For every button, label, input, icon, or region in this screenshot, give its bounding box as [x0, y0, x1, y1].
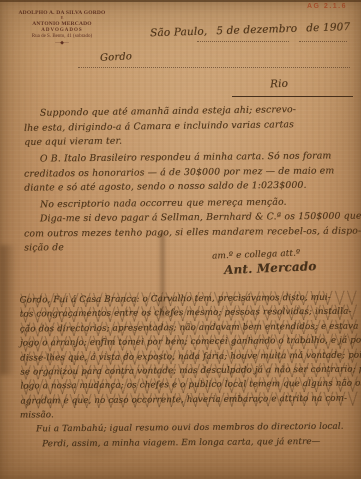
letterhead: ADOLPHO A. DA SILVA GORDO E ANTONIO MERC… [14, 10, 110, 46]
destination-underline [232, 95, 353, 97]
salutation: Gordo [100, 51, 133, 64]
signature: Ant. Mercado [224, 259, 317, 277]
dateline: São Paulo, 5 de dezembro de 1907 [150, 21, 356, 39]
handwritten-line: Perdi, assim, a minha viagem. Em longa c… [42, 434, 358, 451]
scan-top-edge [0, 0, 361, 2]
letter-scan: AG 2.1.6 ADOLPHO A. DA SILVA GORDO E ANT… [0, 0, 361, 479]
dateline-daymonth: 5 de dezembro [216, 23, 297, 38]
letter-paragraph-4: Diga-me si devo pagar á Sellman, Bernhar… [24, 210, 361, 257]
archive-stamp: AG 2.1.6 [307, 3, 347, 10]
dateline-year: de 1907 [306, 21, 350, 34]
letterhead-ornament: —◆— [14, 41, 110, 46]
draft-reply-struck-lines: Gordo, Fui á Casa Branca: o Carvalho tem… [20, 291, 359, 409]
form-dotted-line [197, 40, 289, 42]
handwritten-line: diante e só até agosto, sendo o nosso sa… [24, 179, 334, 197]
destination: Rio [270, 78, 288, 91]
paper-stain-left [0, 245, 16, 375]
form-dotted-line [78, 66, 350, 68]
letterhead-address: Rua de S. Bento, 41 (sobrado) [14, 34, 110, 40]
dateline-city: São Paulo, [150, 25, 208, 39]
letter-paragraph-1: Suppondo que até amanhã ainda esteja ahi… [24, 103, 297, 151]
draft-reply-final-lines: missão.Fui a Tambahú; igual resumo ouvi … [20, 406, 358, 452]
letter-paragraph-2: O B. Italo Brasileiro respondeu á minha … [24, 149, 335, 196]
handwritten-line: sição de [24, 239, 361, 257]
handwritten-line: que aqui vieram ter. [24, 132, 296, 150]
letterhead-name-2: ANTONIO MERCADO [14, 21, 110, 27]
form-dotted-line [299, 40, 347, 42]
letterhead-title: ADVOGADOS [14, 28, 110, 34]
